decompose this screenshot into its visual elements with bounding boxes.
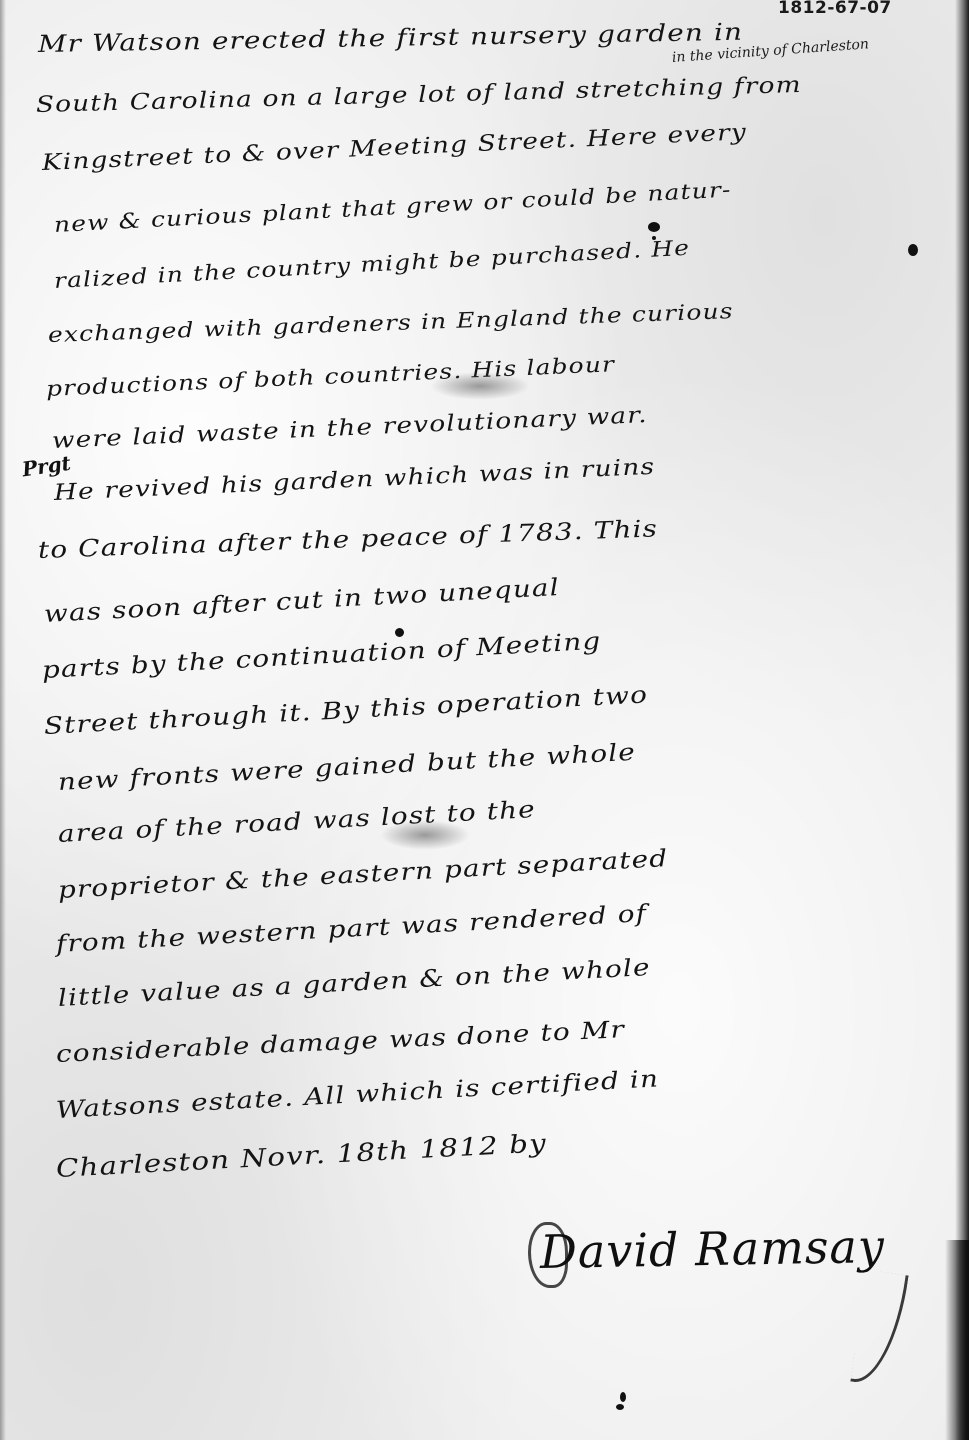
page-right-edge-shadow xyxy=(955,0,969,1440)
signature: David Ramsay xyxy=(540,1219,886,1279)
manuscript-line: new fronts were gained but the whole xyxy=(57,738,636,796)
manuscript-page: 1812-67-07 Mr Watson erected the first n… xyxy=(0,0,969,1440)
page-corner-shadow xyxy=(945,1240,969,1440)
ink-blot xyxy=(908,244,918,256)
manuscript-line: Charleston Novr. 18th 1812 by xyxy=(55,1128,547,1183)
manuscript-line: ralized in the country might be purchase… xyxy=(53,235,690,293)
ink-blot xyxy=(648,222,660,232)
signature-tail xyxy=(850,1270,908,1388)
manuscript-line: parts by the continuation of Meeting xyxy=(41,627,602,684)
ink-blot xyxy=(395,628,404,637)
page-left-edge xyxy=(0,0,6,1440)
manuscript-line: from the western part was rendered of xyxy=(55,899,648,958)
ink-blot xyxy=(652,236,656,240)
catalog-number: 1812-67-07 xyxy=(778,0,892,18)
manuscript-line: Street through it. By this operation two xyxy=(43,680,648,740)
struck-word-smudge xyxy=(430,372,530,400)
ink-blot xyxy=(620,1392,626,1402)
manuscript-line: South Carolina on a large lot of land st… xyxy=(36,72,802,118)
manuscript-line: Watsons estate. All which is certified i… xyxy=(55,1064,659,1124)
manuscript-line: He revived his garden which was in ruins xyxy=(53,454,655,506)
manuscript-line: exchanged with gardeners in England the … xyxy=(48,298,734,347)
manuscript-line: to Carolina after the peace of 1783. Thi… xyxy=(38,514,659,564)
manuscript-line: considerable damage was done to Mr xyxy=(55,1015,625,1068)
ink-blot xyxy=(616,1404,624,1410)
manuscript-line: little value as a garden & on the whole xyxy=(57,953,651,1012)
manuscript-line: Mr Watson erected the first nursery gard… xyxy=(38,18,744,58)
manuscript-line: new & curious plant that grew or could b… xyxy=(53,177,732,237)
struck-word-smudge xyxy=(380,820,470,850)
manuscript-line: productions of both countries. His labou… xyxy=(45,351,615,401)
manuscript-line: were laid waste in the revolutionary war… xyxy=(51,402,648,454)
manuscript-line: was soon after cut in two unequal xyxy=(43,573,560,628)
margin-note: Prgt xyxy=(21,451,73,482)
manuscript-line: Kingstreet to & over Meeting Street. Her… xyxy=(41,119,747,176)
manuscript-line: proprietor & the eastern part separated xyxy=(57,844,669,904)
